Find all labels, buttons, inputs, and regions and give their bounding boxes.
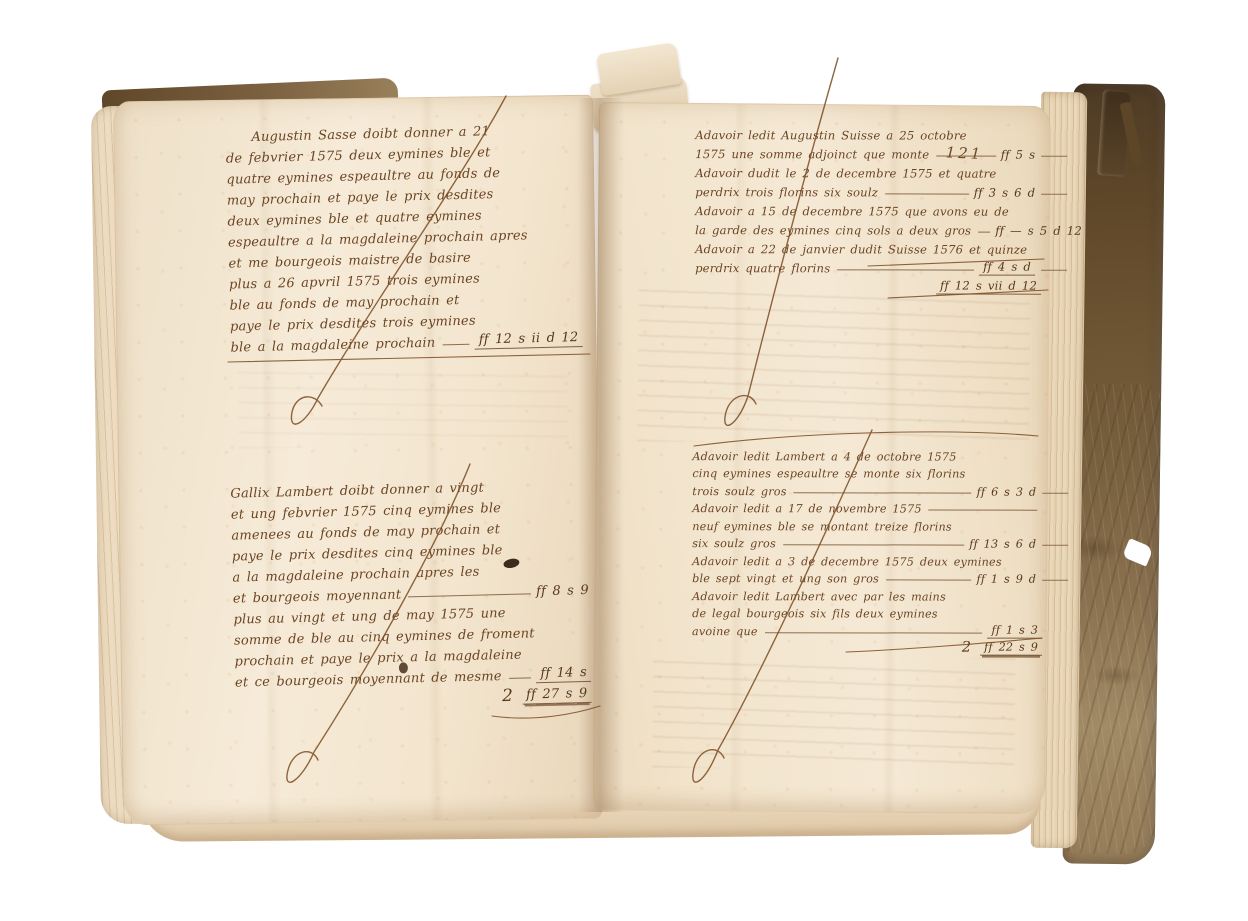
dash-leader [978,232,990,233]
amount-value: ff 6 s 3 d [977,485,1037,498]
amount-value: ff 13 s 6 d [969,538,1036,551]
line-text: neuf eymines ble se montant treize flori… [692,520,952,533]
line-text: Adavoir ledit Lambert avec par les mains [692,590,946,603]
line-text: Adavoir ledit Augustin Suisse a 25 octob… [695,128,966,142]
manuscript-line: avoine queff 1 s 3 [692,620,1042,638]
margin-rule [1041,194,1067,195]
line-text: cinq eymines espeaultre se monte six flo… [692,467,965,480]
manuscript-line: Adavoir a 22 de janvier dudit Suisse 157… [695,237,1041,257]
line-text: avoine que [692,625,758,638]
total-amount: ff 27 s 9 [522,686,592,705]
ink-bleedthrough [637,285,1030,444]
dash-leader [794,492,972,493]
ledger-entry-right-1: Adavoir ledit Augustin Suisse a 25 octob… [695,123,1041,295]
dash-leader [783,544,964,545]
line-text: ble sept vingt et ung son gros [692,572,879,585]
margin-rule [1042,492,1068,493]
dash-leader [442,344,470,346]
dash-leader [408,593,531,597]
amount-value: ff 12 s ii d 12 [475,330,583,350]
amount-value: ff 1 s 9 d [976,573,1036,586]
line-text: Adavoir ledit a 3 de decembre 1575 deux … [692,555,1002,569]
manuscript-line: perdrix trois florins six soulzff 3 s 6 … [695,180,1041,200]
amount-value: ff — s 5 d 12 [995,224,1082,238]
line-text: six soulz gros [692,537,776,550]
manuscript-line: cinq eymines espeaultre se monte six flo… [692,463,1042,481]
entry-total-line: 2ff 22 s 9 [692,638,1042,656]
line-text: perdrix trois florins six soulz [695,185,878,199]
somme-flourish: 2 [962,639,971,656]
manuscript-line: six soulz grosff 13 s 6 d [692,533,1042,551]
manuscript-line: Adavoir ledit a 17 de novembre 1575 [692,498,1042,516]
line-text: Adavoir ledit Lambert a 4 de octobre 157… [692,450,956,463]
margin-rule [1042,545,1068,546]
entry-total-line: ff 12 s vii d 12 [695,275,1041,295]
manuscript-line: neuf eymines ble se montant treize flori… [692,515,1042,533]
amount-value: ff 8 s 9 [536,583,589,599]
dash-leader [885,193,969,194]
left-page: Augustin Sasse doibt donner a 21 de febv… [113,95,603,826]
somme-flourish: 2 [502,685,513,705]
dash-leader [509,677,532,679]
manuscript-line: Adavoir ledit Lambert avec par les mains [692,585,1042,603]
manuscript-line: 1575 une somme adjoinct que monteff 5 s [695,142,1041,162]
manuscript-line: Adavoir ledit Augustin Suisse a 25 octob… [695,123,1041,143]
manuscript-line: ble sept vingt et ung son grosff 1 s 9 d [692,568,1042,586]
manuscript-line: Adavoir ledit Lambert a 4 de octobre 157… [692,445,1042,463]
manuscript-line: la garde des eymines cinq sols a deux gr… [695,218,1041,238]
amount-value: ff 1 s 3 [988,623,1043,638]
amount-value: ff 3 s 6 d [974,186,1035,200]
manuscript-line: trois soulz grosff 6 s 3 d [692,480,1042,498]
margin-rule [1042,580,1068,581]
margin-rule [1041,270,1067,271]
manuscript-line: de legal bourgeois six fils deux eymines [692,603,1042,621]
dash-leader [929,510,1038,511]
ink-blot-small [399,662,408,673]
ledger-entry-left-1: Augustin Sasse doibt donner a 21 de febv… [225,116,583,356]
line-text: de legal bourgeois six fils deux eymines [692,607,938,620]
total-amount: ff 12 s vii d 12 [936,279,1041,295]
line-text: Adavoir ledit a 17 de novembre 1575 [692,502,921,515]
line-text: la garde des eymines cinq sols a deux gr… [695,223,971,237]
line-text: ble a la magdaleine prochain [230,336,435,356]
dash-leader [765,632,983,633]
dash-leader [886,579,972,580]
amount-value: ff 5 s [1001,148,1036,162]
manuscript-photo: Augustin Sasse doibt donner a 21 de febv… [0,0,1248,921]
line-text: trois soulz gros [692,485,786,498]
margin-rule [1041,156,1067,157]
manuscript-line: Adavoir dudit le 2 de decembre 1575 et q… [695,161,1041,181]
amount-value: ff 4 s d [979,260,1035,276]
ink-bleedthrough [238,364,569,449]
manuscript-line: Adavoir a 15 de decembre 1575 que avons … [695,199,1041,219]
line-text: Adavoir a 15 de decembre 1575 que avons … [695,204,1009,219]
right-page: 121 Adavoir ledit Augustin Suisse a 25 o… [593,102,1051,814]
dash-leader [837,269,974,270]
manuscript-line: perdrix quatre florinsff 4 s d [695,256,1041,276]
line-text: perdrix quatre florins [695,261,830,275]
total-amount: ff 22 s 9 [980,641,1042,656]
ink-bleedthrough [652,656,1015,771]
line-text: Adavoir a 22 de janvier dudit Suisse 157… [695,242,1027,257]
ledger-entry-left-2: Gallix Lambert doibt donner a vingt et u… [230,472,592,712]
line-text: 1575 une somme adjoinct que monte [695,147,929,161]
dash-leader [936,156,995,157]
line-text: Adavoir dudit le 2 de decembre 1575 et q… [695,166,996,181]
amount-value: ff 14 s [536,665,591,683]
ledger-entry-right-2: Adavoir ledit Lambert a 4 de octobre 157… [692,445,1042,656]
manuscript-line: Adavoir ledit a 3 de decembre 1575 deux … [692,550,1042,568]
